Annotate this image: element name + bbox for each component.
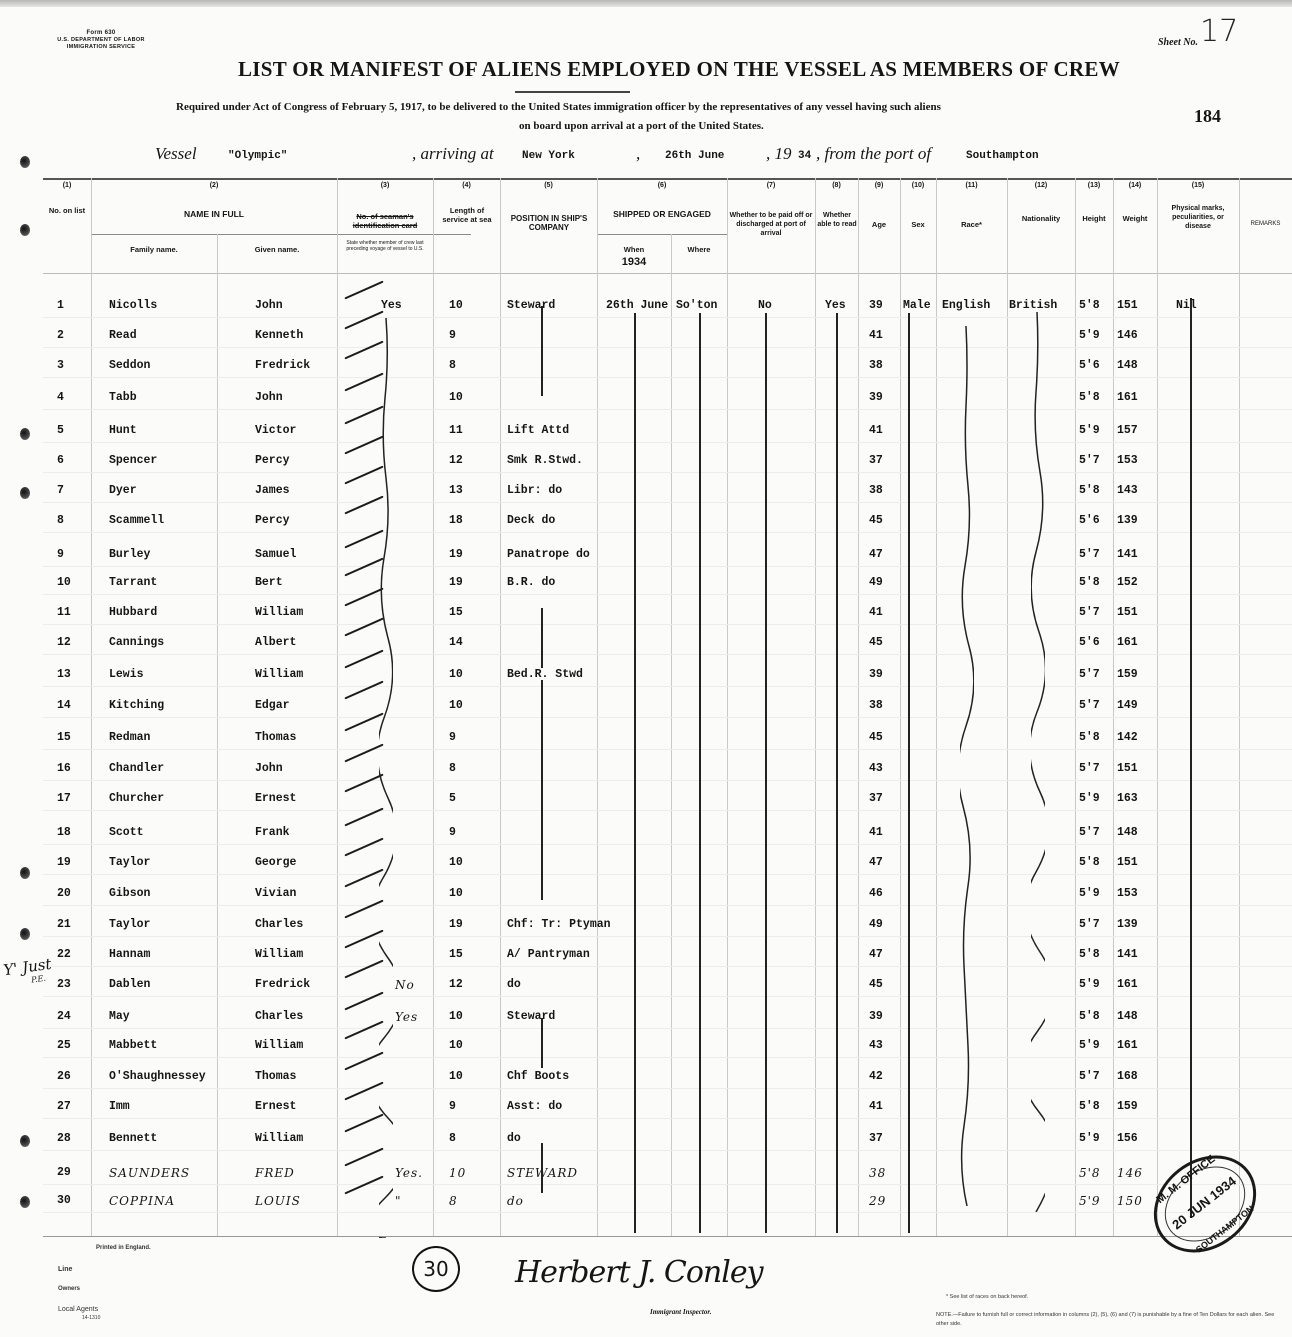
- column-number: (13): [1075, 182, 1113, 189]
- cell-given-name: Albert: [255, 636, 296, 649]
- cell-family-name: Redman: [109, 731, 150, 744]
- cell-age: 49: [869, 576, 883, 589]
- cell-given-name: John: [255, 299, 283, 312]
- table-row: 4TabbJohn10395'8161: [43, 383, 1292, 413]
- ditto-line-sex: [908, 313, 910, 1233]
- table-row: 12CanningsAlbert14455'6161: [43, 628, 1292, 658]
- table-row: 17ChurcherErnest5375'9163: [43, 784, 1292, 814]
- table-row: 22HannamWilliam15A/ Pantryman475'8141: [43, 940, 1292, 970]
- cell-weight: 153: [1117, 887, 1138, 900]
- cell-height: 5'8: [1079, 856, 1100, 869]
- table-row: 13LewisWilliam10Bed.R. Stwd395'7159: [43, 660, 1292, 690]
- cell-position: Chf: Tr: Ptyman: [507, 918, 611, 931]
- cell-height: 5'9: [1079, 1132, 1100, 1145]
- cell-service-length: 9: [449, 1100, 456, 1113]
- cell-service-length: 9: [449, 731, 456, 744]
- cell-service-length: 8: [449, 762, 456, 775]
- cell-given-name: William: [255, 948, 303, 961]
- cell-family-name: Tarrant: [109, 576, 157, 589]
- cell-row-number: 25: [57, 1039, 71, 1052]
- header-age: Age: [858, 220, 900, 229]
- cell-family-name: Hunt: [109, 424, 137, 437]
- cell-service-length: 14: [449, 636, 463, 649]
- cell-weight: 148: [1117, 359, 1138, 372]
- cell-weight: 151: [1117, 856, 1138, 869]
- cell-service-length: 19: [449, 548, 463, 561]
- cell-family-name: Mabbett: [109, 1039, 157, 1052]
- cell-position: do: [507, 1194, 524, 1208]
- cell-row-number: 11: [57, 606, 71, 619]
- cell-weight: 156: [1117, 1132, 1138, 1145]
- cell-row-number: 18: [57, 826, 71, 839]
- cell-age: 42: [869, 1070, 883, 1083]
- cell-row-number: 2: [57, 329, 64, 342]
- column-number: (2): [91, 182, 337, 189]
- cell-age: 41: [869, 329, 883, 342]
- cell-service-length: 12: [449, 978, 463, 991]
- cell-height: 5'9: [1079, 1194, 1101, 1208]
- table-row: 8ScammellPercy18Deck do455'6139: [43, 506, 1292, 536]
- cell-family-name: Lewis: [109, 668, 144, 681]
- cell-family-name: Scott: [109, 826, 144, 839]
- table-row: 5HuntVictor11Lift Attd415'9157: [43, 416, 1292, 446]
- cell-height: 5'7: [1079, 606, 1100, 619]
- cell-weight: 157: [1117, 424, 1138, 437]
- cell-family-name: Taylor: [109, 856, 150, 869]
- cell-row-number: 7: [57, 484, 64, 497]
- cell-height: 5'9: [1079, 978, 1100, 991]
- total-count-circled: 30: [412, 1246, 460, 1292]
- cell-weight: 161: [1117, 636, 1138, 649]
- cell-weight: 161: [1117, 391, 1138, 404]
- cell-age: 45: [869, 731, 883, 744]
- cell-height: 5'6: [1079, 359, 1100, 372]
- column-number: (10): [900, 182, 936, 189]
- cell-age: 45: [869, 514, 883, 527]
- cell-height: 5'8: [1079, 1166, 1101, 1180]
- cell-given-name: Percy: [255, 454, 290, 467]
- cell-position: STEWARD: [507, 1166, 578, 1180]
- column-number: (9): [858, 182, 900, 189]
- header-name-in-full: NAME IN FULL: [91, 210, 337, 219]
- cell-given-name: FRED: [255, 1166, 295, 1180]
- cell-height: 5'7: [1079, 918, 1100, 931]
- cell-given-name: James: [255, 484, 290, 497]
- ditto-line-where: [699, 313, 701, 1233]
- cell-row-number: 23: [57, 978, 71, 991]
- voyage-line: Vessel "Olympic" , arriving at New York …: [0, 144, 1292, 174]
- cell-height: 5'9: [1079, 792, 1100, 805]
- cell-position: A/ Pantryman: [507, 948, 590, 961]
- cell-position: Bed.R. Stwd: [507, 668, 583, 681]
- punch-hole: [20, 156, 30, 168]
- cell-height: 5'7: [1079, 826, 1100, 839]
- cell-weight: 141: [1117, 548, 1138, 561]
- cell-given-name: George: [255, 856, 296, 869]
- cell-service-length: 10: [449, 1010, 463, 1023]
- cell-row-number: 21: [57, 918, 71, 931]
- cell-position: Steward: [507, 1010, 555, 1023]
- name-subheader-rule: [91, 234, 471, 235]
- column-number: (4): [433, 182, 500, 189]
- vessel-name: "Olympic": [228, 150, 287, 162]
- header-weight: Weight: [1113, 214, 1157, 223]
- header-race: Race*: [936, 220, 1007, 229]
- sheet-label: Sheet No.: [1158, 37, 1198, 48]
- cell-given-name: Percy: [255, 514, 290, 527]
- cell-given-name: William: [255, 1039, 303, 1052]
- table-row: 19TaylorGeorge10475'8151: [43, 848, 1292, 878]
- cell-family-name: Gibson: [109, 887, 150, 900]
- cell-height: 5'8: [1079, 1010, 1100, 1023]
- cell-age: 47: [869, 548, 883, 561]
- cell-height: 5'7: [1079, 762, 1100, 775]
- cell-row-number: 12: [57, 636, 71, 649]
- header-when: When: [597, 245, 671, 254]
- cell-previous-voyage: ": [395, 1194, 402, 1208]
- cell-weight: 152: [1117, 576, 1138, 589]
- punch-hole: [20, 224, 30, 236]
- cell-age: 43: [869, 1039, 883, 1052]
- header-where: Where: [671, 245, 727, 254]
- cell-height: 5'9: [1079, 887, 1100, 900]
- cell-height: 5'6: [1079, 636, 1100, 649]
- cell-weight: 161: [1117, 978, 1138, 991]
- cell-height: 5'8: [1079, 299, 1100, 312]
- cell-paid-off: No: [758, 299, 772, 312]
- cell-row-number: 1: [57, 299, 64, 312]
- cell-age: 38: [869, 359, 883, 372]
- cell-previous-voyage: Yes: [381, 299, 402, 312]
- owners-label: Owners: [58, 1286, 80, 1292]
- year-prefix: , 19: [766, 144, 792, 164]
- column-number: (1): [43, 182, 91, 189]
- header-sex: Sex: [900, 220, 936, 229]
- header-length-service: Length of service at sea: [439, 206, 495, 224]
- cell-service-length: 19: [449, 576, 463, 589]
- cell-row-number: 5: [57, 424, 64, 437]
- cell-weight: 159: [1117, 1100, 1138, 1113]
- cell-height: 5'8: [1079, 948, 1100, 961]
- cell-given-name: John: [255, 391, 283, 404]
- table-bottom-rule: [43, 1236, 1292, 1237]
- cell-family-name: Dablen: [109, 978, 150, 991]
- column-number: (8): [815, 182, 858, 189]
- cell-service-length: 15: [449, 948, 463, 961]
- cell-service-length: 8: [449, 1194, 458, 1208]
- cell-given-name: Frank: [255, 826, 290, 839]
- cell-height: 5'7: [1079, 1070, 1100, 1083]
- arrival-date: 26th June: [665, 150, 724, 162]
- cell-height: 5'8: [1079, 484, 1100, 497]
- cell-shipped-where: So'ton: [676, 299, 717, 312]
- cell-row-number: 22: [57, 948, 71, 961]
- cell-weight: 139: [1117, 918, 1138, 931]
- cell-height: 5'9: [1079, 329, 1100, 342]
- cell-age: 37: [869, 1132, 883, 1145]
- cell-height: 5'7: [1079, 668, 1100, 681]
- cell-service-length: 10: [449, 1039, 463, 1052]
- cell-family-name: Churcher: [109, 792, 164, 805]
- cell-given-name: John: [255, 762, 283, 775]
- page-title: LIST OR MANIFEST OF ALIENS EMPLOYED ON T…: [238, 57, 1120, 82]
- cell-family-name: Bennett: [109, 1132, 157, 1145]
- department-name: U.S. DEPARTMENT OF LABOR: [36, 37, 166, 44]
- table-row: 11HubbardWilliam15415'7151: [43, 598, 1292, 628]
- cell-given-name: Charles: [255, 918, 303, 931]
- cell-family-name: Dyer: [109, 484, 137, 497]
- cell-age: 41: [869, 1100, 883, 1113]
- cell-height: 5'8: [1079, 731, 1100, 744]
- cell-service-length: 10: [449, 887, 463, 900]
- cell-weight: 150: [1117, 1194, 1143, 1208]
- cell-position: Lift Attd: [507, 424, 569, 437]
- cell-position: Libr: do: [507, 484, 562, 497]
- header-paid-off: Whether to be paid off or discharged at …: [729, 211, 813, 238]
- cell-family-name: Taylor: [109, 918, 150, 931]
- wavy-ditto-nationality: [1031, 312, 1045, 1212]
- ditto-line-paid-off: [765, 313, 767, 1233]
- cell-height: 5'6: [1079, 514, 1100, 527]
- cell-height: 5'8: [1079, 576, 1100, 589]
- footnote-penalty: NOTE.—Failure to furnish full or correct…: [936, 1311, 1276, 1329]
- column-number: (14): [1113, 182, 1157, 189]
- cell-physical-marks: Nil: [1176, 299, 1197, 312]
- column-number: (15): [1157, 182, 1239, 189]
- column-number: (11): [936, 182, 1007, 189]
- local-agents-label: Local Agents: [58, 1306, 98, 1313]
- cell-age: 49: [869, 918, 883, 931]
- table-row: 27ImmErnest9Asst: do415'8159: [43, 1092, 1292, 1122]
- header-position: POSITION IN SHIP'S COMPANY: [503, 214, 595, 232]
- cell-row-number: 13: [57, 668, 71, 681]
- punch-hole: [20, 928, 30, 940]
- cell-previous-voyage: No: [395, 978, 415, 992]
- cell-family-name: Chandler: [109, 762, 164, 775]
- cell-family-name: Cannings: [109, 636, 164, 649]
- cell-age: 39: [869, 391, 883, 404]
- cell-height: 5'7: [1079, 548, 1100, 561]
- table-row: 10TarrantBert19B.R. do495'8152: [43, 568, 1292, 598]
- cell-weight: 146: [1117, 329, 1138, 342]
- cell-height: 5'8: [1079, 391, 1100, 404]
- table-row: 25MabbettWilliam10435'9161: [43, 1031, 1292, 1061]
- cell-weight: 148: [1117, 1010, 1138, 1023]
- cell-row-number: 19: [57, 856, 71, 869]
- cell-age: 29: [869, 1194, 886, 1208]
- cell-service-length: 10: [449, 299, 463, 312]
- punch-hole: [20, 1135, 30, 1147]
- header-physical-marks: Physical marks, peculiarities, or diseas…: [1159, 204, 1237, 231]
- inspector-signature: Herbert J. Conley: [515, 1255, 763, 1290]
- cell-row-number: 9: [57, 548, 64, 561]
- header-shipped-year: 1934: [597, 258, 671, 267]
- column-number: (6): [597, 182, 727, 189]
- cell-weight: 153: [1117, 454, 1138, 467]
- header-family-name: Family name.: [91, 245, 217, 254]
- table-top-rule: [43, 178, 1292, 180]
- cell-given-name: Fredrick: [255, 359, 310, 372]
- header-id-card: No. of seaman's identification card: [343, 212, 427, 230]
- cell-age: 41: [869, 826, 883, 839]
- cell-family-name: COPPINA: [109, 1194, 175, 1208]
- arriving-port: New York: [522, 150, 575, 162]
- page-subtitle: Required under Act of Congress of Februa…: [176, 98, 1156, 136]
- cell-position: Panatrope do: [507, 548, 590, 561]
- ditto-line-position: [541, 306, 543, 396]
- cell-age: 45: [869, 636, 883, 649]
- cell-service-length: 19: [449, 918, 463, 931]
- cell-age: 43: [869, 762, 883, 775]
- cell-row-number: 27: [57, 1100, 71, 1113]
- table-row: 1NicollsJohnYes10Steward26th JuneSo'tonN…: [43, 291, 1292, 321]
- cell-age: 46: [869, 887, 883, 900]
- punch-hole: [20, 428, 30, 440]
- table-row: 23DablenFredrickNo12do455'9161: [43, 970, 1292, 1000]
- table-row: 18ScottFrank9415'7148: [43, 818, 1292, 848]
- cell-weight: 161: [1117, 1039, 1138, 1052]
- year-suffix: 34: [798, 150, 811, 162]
- cell-given-name: Kenneth: [255, 329, 303, 342]
- cell-given-name: Charles: [255, 1010, 303, 1023]
- cell-service-length: 15: [449, 606, 463, 619]
- header-bottom-rule: [43, 273, 1292, 274]
- cell-age: 38: [869, 699, 883, 712]
- cell-row-number: 24: [57, 1010, 71, 1023]
- table-row: 7DyerJames13Libr: do385'8143: [43, 476, 1292, 506]
- sheet-code: 184: [1194, 106, 1221, 127]
- cell-family-name: Read: [109, 329, 137, 342]
- header-given-name: Given name.: [217, 245, 337, 254]
- punch-hole: [20, 867, 30, 879]
- cell-family-name: Nicolls: [109, 299, 157, 312]
- cell-weight: 148: [1117, 826, 1138, 839]
- cell-service-length: 10: [449, 856, 463, 869]
- cell-family-name: Kitching: [109, 699, 164, 712]
- cell-position: do: [507, 978, 521, 991]
- ditto-line-position: [541, 680, 543, 900]
- shipped-subheader-rule: [597, 234, 727, 235]
- ditto-line-marks: [1190, 298, 1192, 1218]
- table-row: 3SeddonFredrick8385'6148: [43, 351, 1292, 381]
- table-row: 20GibsonVivian10465'9153: [43, 879, 1292, 909]
- footnote-races: * See list of races on back hereof.: [946, 1293, 1286, 1302]
- cell-sex: Male: [903, 299, 931, 312]
- line-label: Line: [58, 1266, 72, 1273]
- cell-weight: 149: [1117, 699, 1138, 712]
- cell-given-name: LOUIS: [255, 1194, 301, 1208]
- cell-given-name: Vivian: [255, 887, 296, 900]
- cell-service-length: 8: [449, 1132, 456, 1145]
- cell-family-name: Seddon: [109, 359, 150, 372]
- cell-height: 5'9: [1079, 424, 1100, 437]
- table-row: 6SpencerPercy12Smk R.Stwd.375'7153: [43, 446, 1292, 476]
- printed-in-england: Printed in England.: [96, 1245, 151, 1251]
- form-code: 14-1310: [82, 1315, 100, 1321]
- cell-age: 47: [869, 948, 883, 961]
- cell-service-length: 18: [449, 514, 463, 527]
- form-identifier: Form 630 U.S. DEPARTMENT OF LABOR IMMIGR…: [36, 30, 166, 51]
- departure-port: Southampton: [966, 150, 1039, 162]
- cell-height: 5'7: [1079, 699, 1100, 712]
- inspector-title: Immigrant Inspector.: [650, 1308, 711, 1316]
- cell-service-length: 12: [449, 454, 463, 467]
- crew-manifest-table: (1) (2) (3) (4) (5) (6) (7) (8) (9) (10)…: [43, 178, 1292, 1238]
- scan-top-edge: [0, 0, 1292, 7]
- column-number: (7): [727, 182, 815, 189]
- cell-weight: 151: [1117, 299, 1138, 312]
- ditto-line-position: [541, 1018, 543, 1068]
- cell-weight: 146: [1117, 1166, 1143, 1180]
- cell-family-name: Hannam: [109, 948, 150, 961]
- cell-age: 41: [869, 424, 883, 437]
- cell-given-name: Bert: [255, 576, 283, 589]
- cell-position: Asst: do: [507, 1100, 562, 1113]
- cell-family-name: Tabb: [109, 391, 137, 404]
- cell-previous-voyage: Yes: [395, 1010, 418, 1024]
- table-row: 24MayCharlesYes10Steward395'8148: [43, 1002, 1292, 1032]
- cell-position: Deck do: [507, 514, 555, 527]
- subtitle-line-2: on board upon arrival at a port of the U…: [176, 117, 1156, 136]
- cell-height: 5'8: [1079, 1100, 1100, 1113]
- cell-age: 45: [869, 978, 883, 991]
- header-nationality: Nationality: [1007, 214, 1075, 223]
- cell-row-number: 30: [57, 1194, 71, 1207]
- cell-age: 37: [869, 454, 883, 467]
- cell-weight: 143: [1117, 484, 1138, 497]
- wavy-ditto-prev-voyage: [379, 318, 393, 1238]
- cell-weight: 159: [1117, 668, 1138, 681]
- cell-row-number: 14: [57, 699, 71, 712]
- cell-weight: 163: [1117, 792, 1138, 805]
- cell-age: 37: [869, 792, 883, 805]
- cell-row-number: 15: [57, 731, 71, 744]
- cell-weight: 139: [1117, 514, 1138, 527]
- punch-hole: [20, 1196, 30, 1208]
- cell-position: Chf Boots: [507, 1070, 569, 1083]
- cell-given-name: William: [255, 1132, 303, 1145]
- column-number: (3): [337, 182, 433, 189]
- cell-given-name: William: [255, 668, 303, 681]
- cell-given-name: Thomas: [255, 731, 296, 744]
- cell-given-name: Victor: [255, 424, 296, 437]
- cell-family-name: Scammell: [109, 514, 164, 527]
- column-number: (12): [1007, 182, 1075, 189]
- subtitle-line-1: Required under Act of Congress of Februa…: [176, 101, 941, 113]
- header-remarks: REMARKS: [1239, 220, 1292, 229]
- cell-age: 39: [869, 1010, 883, 1023]
- cell-row-number: 6: [57, 454, 64, 467]
- cell-given-name: Thomas: [255, 1070, 296, 1083]
- cell-service-length: 10: [449, 668, 463, 681]
- cell-service-length: 8: [449, 359, 456, 372]
- table-row: 16ChandlerJohn8435'7151: [43, 754, 1292, 784]
- title-divider: [515, 91, 630, 93]
- cell-weight: 168: [1117, 1070, 1138, 1083]
- table-row: 29SAUNDERSFREDYes.10STEWARD385'8146: [43, 1158, 1292, 1188]
- service-name: IMMIGRATION SERVICE: [36, 44, 166, 51]
- table-row: 9BurleySamuel19Panatrope do475'7141: [43, 540, 1292, 570]
- cell-family-name: Imm: [109, 1100, 130, 1113]
- cell-row-number: 4: [57, 391, 64, 404]
- cell-position: Smk R.Stwd.: [507, 454, 583, 467]
- cell-age: 38: [869, 484, 883, 497]
- cell-service-length: 10: [449, 699, 463, 712]
- cell-weight: 141: [1117, 948, 1138, 961]
- ditto-line-position: [541, 608, 543, 668]
- table-row: 15RedmanThomas9455'8142: [43, 723, 1292, 753]
- cell-row-number: 10: [57, 576, 71, 589]
